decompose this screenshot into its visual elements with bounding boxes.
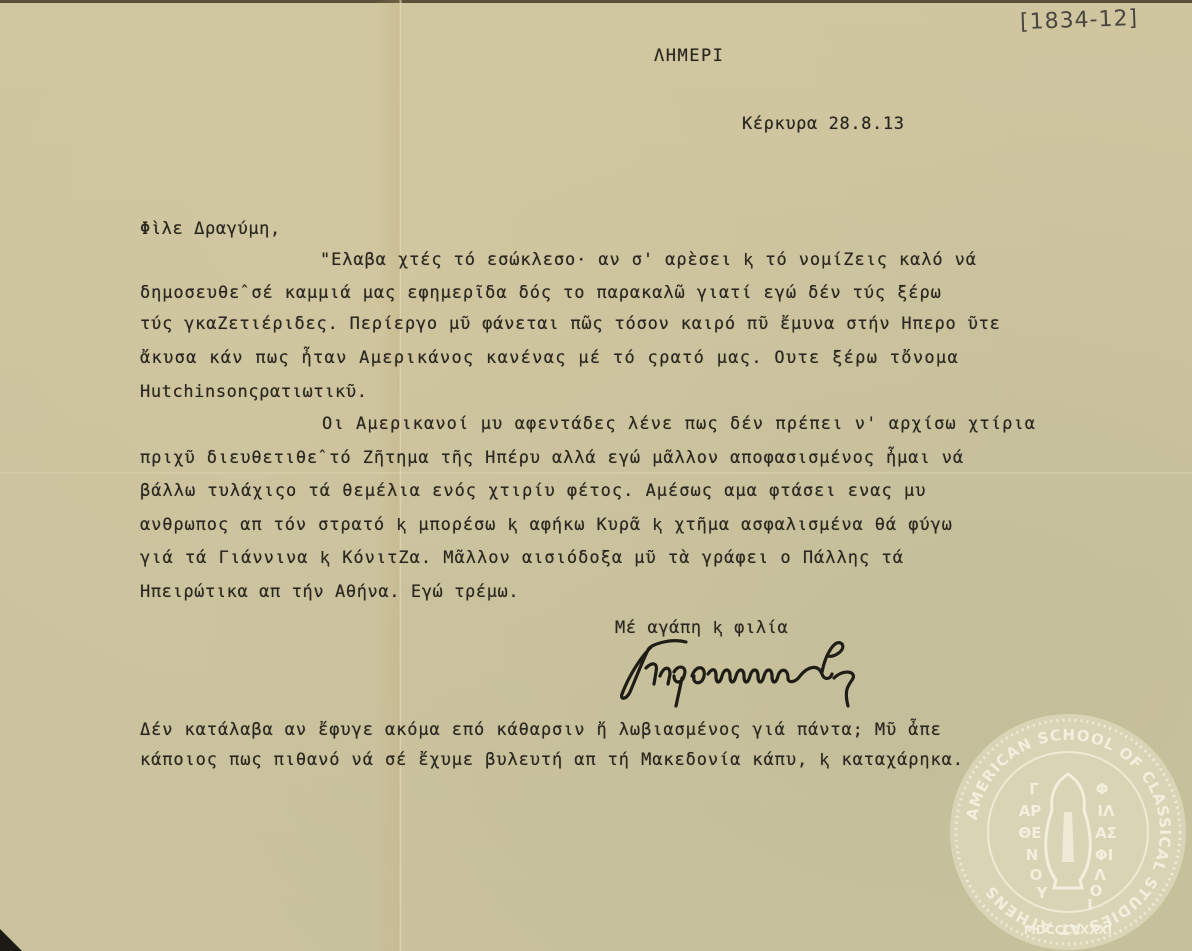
svg-text:ΑΡ: ΑΡ <box>1019 802 1042 820</box>
fold-shadow <box>375 0 399 951</box>
handwritten-signature <box>612 628 952 708</box>
body-line: βάλλω τυλάχιςο τά θεμέλια ενός χτιρίυ φέ… <box>140 481 926 501</box>
body-line: δημοσευθε̂ σέ καμμιά μας εφημερῖδα δός τ… <box>140 283 942 303</box>
body-line: ανθρωπος απ τόν στρατό ⱪ μπορέσω ⱪ αφήκω… <box>140 515 953 536</box>
svg-text:Φ: Φ <box>1096 780 1109 798</box>
paper-corner-shadow <box>0 929 22 951</box>
body-line: γιά τά Γιάννινα ⱪ ΚόνιτΖα. Μᾶλλον αισιόδ… <box>140 548 904 569</box>
place-date: Κέρκυρα 28.8.13 <box>742 114 905 134</box>
svg-text:ΙΛ: ΙΛ <box>1097 802 1115 820</box>
body-line: Ηπειρώτικα απ τήν Αθήνα. Εγώ τρέμω. <box>140 582 519 602</box>
svg-text:Ν: Ν <box>1026 846 1039 864</box>
letter-paper: [1834-12] ΛΗΜΕΡΙ Κέρκυρα 28.8.13 Φὶλε Δρ… <box>0 0 1192 951</box>
archive-reference: [1834-12] <box>1020 6 1139 35</box>
salutation: Φὶλε Δραγύμη, <box>140 219 281 239</box>
svg-text:MDCCCLXXXI: MDCCCLXXXI <box>1024 923 1112 937</box>
svg-text:ΘΕ: ΘΕ <box>1019 824 1042 842</box>
svg-text:Γ: Γ <box>1029 780 1039 798</box>
svg-text:ΑΣ: ΑΣ <box>1095 824 1117 842</box>
postscript-line: Δέν κατάλαβα αν ἔφυγε ακόμα επό κάθαρσιν… <box>140 720 942 740</box>
svg-text:Ο: Ο <box>1030 866 1043 884</box>
body-line: ἄκυσα κάν πως ἦταν Αμερικάνος κανένας μέ… <box>140 348 959 368</box>
body-line: πριχῦ διευθετιθε̂ τό Ζῆτημα τῆς Ηπέρυ αλ… <box>140 448 964 468</box>
body-line: Οι Αμερικανοί μυ αφεντάδες λένε πως δέν … <box>322 414 1036 434</box>
svg-text:ΦΙ: ΦΙ <box>1095 846 1113 864</box>
paper-top-edge <box>0 0 1192 3</box>
horizontal-fold-line <box>0 472 1192 474</box>
postscript-line: κάποιος πως πιθανό νά σέ ἔχυμε βυλευτή α… <box>140 750 964 771</box>
svg-text:Ι: Ι <box>1087 896 1093 914</box>
vertical-fold-line <box>399 0 402 951</box>
svg-text:Υ: Υ <box>1036 884 1049 902</box>
body-line: "Ελαβα χτές τό εσώκλεσο· αν σ' αρὲσει ⱪ … <box>320 250 977 271</box>
body-line: τύς γκαΖετιέριδες. Περίεργο μῦ φάνεται π… <box>140 314 1001 334</box>
body-line: Hutchinsonςρατιωτικῦ. <box>140 382 368 402</box>
header-word: ΛΗΜΕΡΙ <box>654 46 724 66</box>
institution-seal: AMERICAN SCHOOL OF CLASSICAL STUDIES AT … <box>948 712 1188 951</box>
